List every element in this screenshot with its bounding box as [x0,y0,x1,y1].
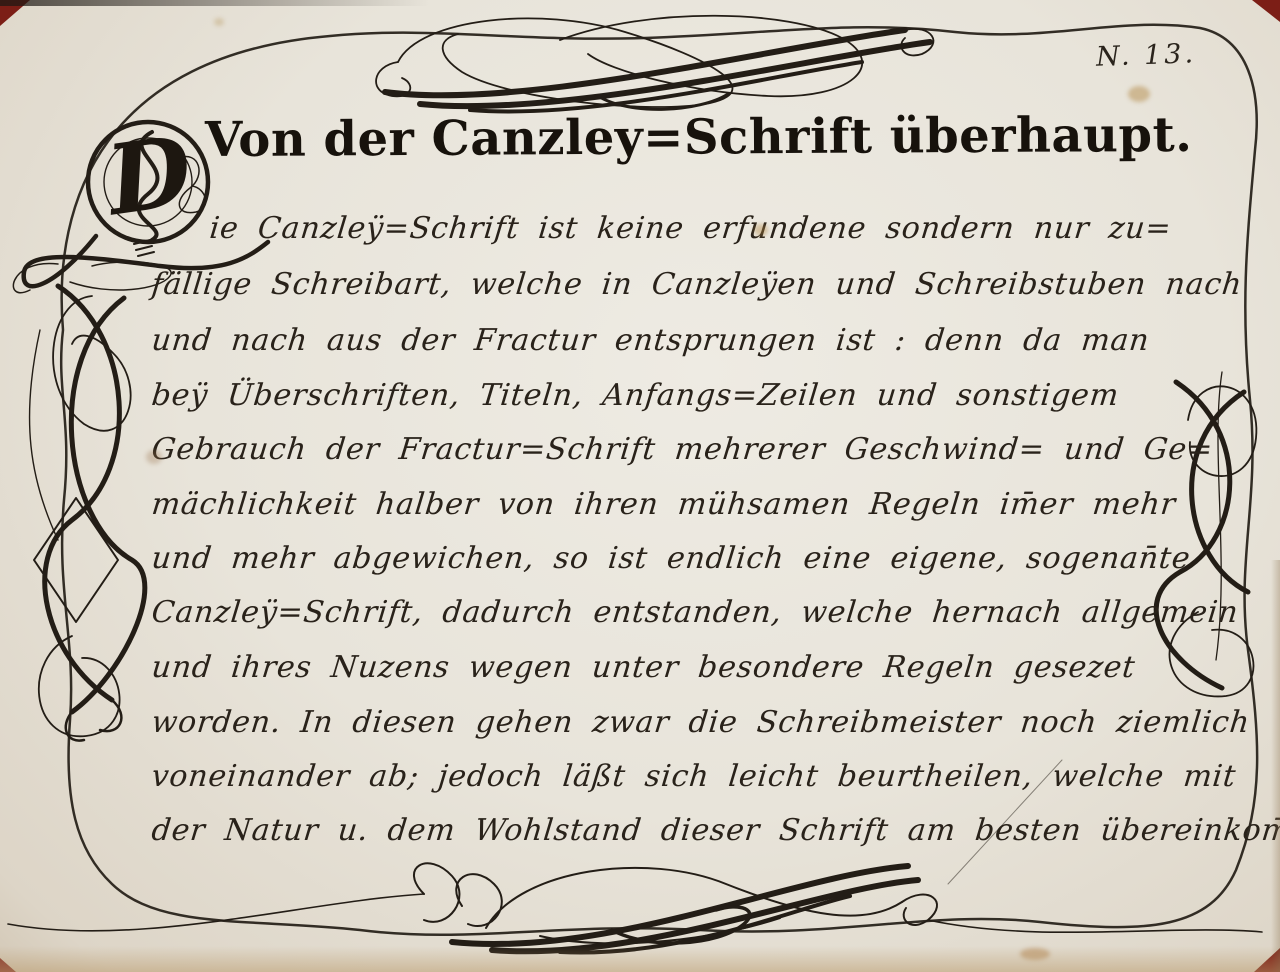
text-line: und ihres Nuzens wegen unter besondere R… [150,651,1137,684]
photo-edge-shadow [1271,560,1280,972]
paper-stain [214,18,224,26]
bottom-flourish-ornament [8,863,1262,952]
drop-cap-initial: D [102,123,198,230]
photo-edge-shadow [0,946,1280,972]
text-line: voneinander ab; jedoch läßt sich leicht … [150,760,1238,793]
text-line: und nach aus der Fractur entsprungen ist… [150,324,1151,357]
paper-stain [1128,86,1150,102]
text-line: Canzleÿ=Schrift, dadurch entstanden, wel… [150,596,1240,629]
page-title: Von der Canzley=Schrift überhaupt. [205,108,985,168]
text-line: fällige Schreibart, welche in Canzleÿen … [150,268,1244,301]
text-line: worden. In diesen gehen zwar die Schreib… [150,706,1252,739]
paper-stain [754,224,768,236]
text-line: und mehr abgewichen, so ist endlich eine… [150,542,1192,575]
text-line: beÿ Überschriften, Titeln, Anfangs=Zeile… [150,379,1121,412]
plate-number: N. 13. [1095,38,1196,72]
photo-edge-shadow [0,0,430,6]
left-flourish-ornament [30,286,145,741]
right-flourish-ornament [1156,372,1256,696]
text-line: ie Canzleÿ=Schrift ist keine erfundene s… [208,212,1173,245]
paper-stain [146,450,162,464]
text-line: Gebrauch der Fractur=Schrift mehrerer Ge… [150,433,1215,466]
manuscript-page: N. 13. Von der Canzley=Schrift überhaupt… [0,0,1280,972]
text-line: der Natur u. dem Wohlstand dieser Schrif… [150,814,1280,847]
text-line: mächlichkeit halber von ihren mühsamen R… [150,488,1177,521]
top-flourish-ornament [376,16,933,112]
